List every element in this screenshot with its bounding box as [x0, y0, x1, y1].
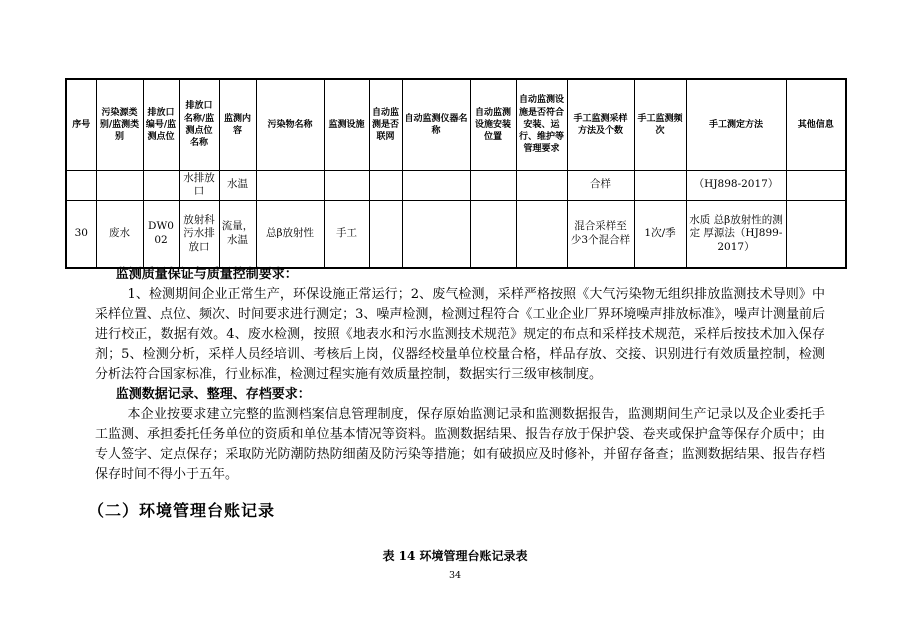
table-cell: 水质 总β放射性的测定 厚源法（HJ899-2017） [686, 200, 786, 268]
table-cell [369, 200, 402, 268]
page-number: 34 [0, 570, 910, 581]
header-cell: 污染源类别/监测类别 [96, 79, 143, 170]
table-cell: 合样 [567, 170, 634, 200]
table-cell [256, 170, 324, 200]
qa-qc-section-body: 1、检测期间企业正常生产，环保设施正常运行；2、废气检测，采样严格按照《大气污染… [95, 285, 825, 385]
header-cell: 自动监测仪器名称 [402, 79, 470, 170]
table-header-row: 序号 污染源类别/监测类别 排放口编号/监测点位 排放口名称/监测点位名称 监测… [66, 79, 846, 170]
table-cell [96, 170, 143, 200]
table-cell: 30 [66, 200, 96, 268]
table-cell [470, 170, 516, 200]
data-archive-section-body: 本企业按要求建立完整的监测档案信息管理制度，保存原始监测记录和监测数据报告，监测… [95, 405, 825, 485]
table-cell: （HJ898-2017） [686, 170, 786, 200]
header-cell: 序号 [66, 79, 96, 170]
table-cell [402, 170, 470, 200]
requirements-text-block: 监测质量保证与质量控制要求： 1、检测期间企业正常生产，环保设施正常运行；2、废… [95, 265, 825, 485]
table-row: 水排放口 水温 合样 （HJ898-2017） [66, 170, 846, 200]
table-cell [516, 200, 567, 268]
table-cell: 流量，水温 [219, 200, 256, 268]
table-cell [324, 170, 369, 200]
table-cell [516, 170, 567, 200]
header-cell: 手工监测采样方法及个数 [567, 79, 634, 170]
header-cell: 手工测定方法 [686, 79, 786, 170]
header-cell: 手工监测频次 [634, 79, 686, 170]
table-cell [786, 200, 846, 268]
header-cell: 自动监测设施是否符合安装、运行、维护等管理要求 [516, 79, 567, 170]
header-cell: 排放口编号/监测点位 [143, 79, 179, 170]
table-row: 30 废水 DW002 放射科污水排放口 流量，水温 总β放射性 手工 混合采样… [66, 200, 846, 268]
section-heading: （二）环境管理台账记录 [88, 498, 275, 521]
table-cell: DW002 [143, 200, 179, 268]
table-cell [634, 170, 686, 200]
document-page: 序号 污染源类别/监测类别 排放口编号/监测点位 排放口名称/监测点位名称 监测… [0, 0, 910, 643]
monitoring-table: 序号 污染源类别/监测类别 排放口编号/监测点位 排放口名称/监测点位名称 监测… [65, 78, 847, 269]
header-cell: 自动监测是否联网 [369, 79, 402, 170]
header-cell: 其他信息 [786, 79, 846, 170]
table-cell [470, 200, 516, 268]
header-cell: 排放口名称/监测点位名称 [179, 79, 219, 170]
header-cell: 自动监测设施安装位置 [470, 79, 516, 170]
table-cell [143, 170, 179, 200]
header-cell: 监测设施 [324, 79, 369, 170]
table-cell: 手工 [324, 200, 369, 268]
table-cell: 放射科污水排放口 [179, 200, 219, 268]
table-cell: 水温 [219, 170, 256, 200]
table-cell [369, 170, 402, 200]
header-cell: 污染物名称 [256, 79, 324, 170]
table-cell: 1次/季 [634, 200, 686, 268]
next-table-caption: 表 14 环境管理台账记录表 [0, 547, 910, 564]
table-cell [66, 170, 96, 200]
data-archive-section-title: 监测数据记录、整理、存档要求： [95, 385, 825, 405]
table-cell: 废水 [96, 200, 143, 268]
monitoring-table-container: 序号 污染源类别/监测类别 排放口编号/监测点位 排放口名称/监测点位名称 监测… [65, 78, 845, 269]
header-cell: 监测内容 [219, 79, 256, 170]
table-cell [402, 200, 470, 268]
table-cell: 水排放口 [179, 170, 219, 200]
table-cell [786, 170, 846, 200]
table-cell: 总β放射性 [256, 200, 324, 268]
table-cell: 混合采样至少3个混合样 [567, 200, 634, 268]
qa-qc-section-title: 监测质量保证与质量控制要求： [95, 265, 825, 285]
